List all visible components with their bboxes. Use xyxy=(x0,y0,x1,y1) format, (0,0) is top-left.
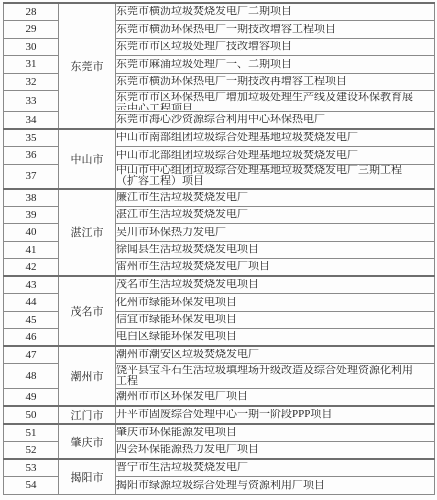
project-name-cell: 四会环保能源热力发电厂项目 xyxy=(116,442,435,460)
project-name-text: 东莞市海心沙资源综合利用中心环保热电厂 xyxy=(116,114,434,126)
row-number-cell: 53 xyxy=(4,459,59,477)
row-number-cell: 34 xyxy=(4,112,59,130)
row-number-cell: 54 xyxy=(4,477,59,495)
row-number-cell: 29 xyxy=(4,21,59,39)
project-name-text: 普宁市生活垃圾焚烧发电厂 xyxy=(116,462,434,474)
project-name-cell: 吴川市环保热力发电厂 xyxy=(116,224,435,242)
project-table-body: 28东莞市东莞市横沥垃圾焚烧发电厂二期项目29东莞市横沥环保热电厂一期技改增容工… xyxy=(4,3,435,494)
row-number-cell: 28 xyxy=(4,3,59,21)
row-number-cell: 45 xyxy=(4,311,59,329)
project-name-cell: 潮州市市区环保发电厂项目 xyxy=(116,389,435,407)
row-number-cell: 33 xyxy=(4,91,59,112)
row-number-cell: 52 xyxy=(4,442,59,460)
row-number-cell: 48 xyxy=(4,364,59,389)
project-name-cell: 中山市北部组团垃圾综合处理基地垃圾焚烧发电厂 xyxy=(116,147,435,165)
row-number-cell: 49 xyxy=(4,389,59,407)
project-name-cell: 雷州市生活垃圾焚烧发电厂项目 xyxy=(116,259,435,277)
project-name-text: 东莞市市区垃圾处理厂技改增容项目 xyxy=(116,41,434,53)
table-row: 35中山市中山市南部组团垃圾综合处理基地垃圾焚烧发电厂 xyxy=(4,129,435,147)
row-number-cell: 38 xyxy=(4,189,59,207)
project-name-text: 中山市北部组团垃圾综合处理基地垃圾焚烧发电厂 xyxy=(116,150,434,162)
project-name-cell: 东莞市市区环保热电厂增加垃圾处理生产线及建设环保教育展 示中心工程项目 xyxy=(116,91,435,112)
project-name-cell: 中山市中心组团垃圾综合处理基地垃圾焚烧发电厂三期工程 （扩容工程）项目 xyxy=(116,164,435,189)
project-name-cell: 中山市南部组团垃圾综合处理基地垃圾焚烧发电厂 xyxy=(116,129,435,147)
row-number-cell: 32 xyxy=(4,73,59,91)
row-number-cell: 47 xyxy=(4,346,59,364)
city-cell: 潮州市 xyxy=(59,346,116,406)
project-name-text: 茂名市生活垃圾焚烧发电项目 xyxy=(116,279,434,291)
project-name-text: 东莞市横沥环保热电厂一期技改再增容工程项目 xyxy=(116,76,434,88)
project-name-cell: 东莞市市区垃圾处理厂技改增容项目 xyxy=(116,38,435,56)
project-name-cell: 湛江市生活垃圾焚烧发电厂 xyxy=(116,206,435,224)
project-name-text: 东莞市麻涌垃圾处理厂一、二期项目 xyxy=(116,59,434,71)
project-name-text: 肇庆市环保能源发电项目 xyxy=(116,427,434,439)
project-name-cell: 东莞市横沥环保热电厂一期技改增容工程项目 xyxy=(116,21,435,39)
project-name-cell: 开平市固废综合处理中心一期一阶段PPP项目 xyxy=(116,406,435,424)
row-number-cell: 37 xyxy=(4,164,59,189)
document-page: 28东莞市东莞市横沥垃圾焚烧发电厂二期项目29东莞市横沥环保热电厂一期技改增容工… xyxy=(0,0,437,500)
table-row: 47潮州市潮州市潮安区垃圾焚烧发电厂 xyxy=(4,346,435,364)
row-number-cell: 43 xyxy=(4,276,59,294)
project-name-text: 湛江市生活垃圾焚烧发电厂 xyxy=(116,209,434,221)
project-name-text: 东莞市横沥环保热电厂一期技改增容工程项目 xyxy=(116,24,434,36)
project-name-text: 中山市中心组团垃圾综合处理基地垃圾焚烧发电厂三期工程 （扩容工程）项目 xyxy=(116,165,434,188)
project-name-cell: 徐闻县生活垃圾焚烧发电项目 xyxy=(116,241,435,259)
row-number-cell: 50 xyxy=(4,406,59,424)
project-name-cell: 饶平县宝斗石生活垃圾填埋场升级改造及综合处理资源化利用 工程 xyxy=(116,364,435,389)
project-name-text: 徐闻县生活垃圾焚烧发电项目 xyxy=(116,244,434,256)
project-name-text: 开平市固废综合处理中心一期一阶段PPP项目 xyxy=(116,409,434,421)
city-cell: 中山市 xyxy=(59,129,116,189)
project-name-text: 揭阳市绿源垃圾综合处理与资源利用厂项目 xyxy=(116,480,434,492)
project-name-text: 中山市南部组团垃圾综合处理基地垃圾焚烧发电厂 xyxy=(116,132,434,144)
table-row: 38湛江市廉江市生活垃圾焚烧发电厂 xyxy=(4,189,435,207)
project-name-cell: 化州市绿能环保发电项目 xyxy=(116,294,435,312)
city-cell: 肇庆市 xyxy=(59,424,116,459)
project-name-cell: 廉江市生活垃圾焚烧发电厂 xyxy=(116,189,435,207)
row-number-cell: 44 xyxy=(4,294,59,312)
table-row: 51肇庆市肇庆市环保能源发电项目 xyxy=(4,424,435,442)
project-name-text: 潮州市市区环保发电厂项目 xyxy=(116,391,434,403)
project-name-cell: 茂名市生活垃圾焚烧发电项目 xyxy=(116,276,435,294)
table-row: 53揭阳市普宁市生活垃圾焚烧发电厂 xyxy=(4,459,435,477)
project-name-cell: 东莞市横沥垃圾焚烧发电厂二期项目 xyxy=(116,3,435,21)
project-name-cell: 肇庆市环保能源发电项目 xyxy=(116,424,435,442)
project-name-cell: 电白区绿能环保发电项目 xyxy=(116,329,435,347)
project-table: 28东莞市东莞市横沥垃圾焚烧发电厂二期项目29东莞市横沥环保热电厂一期技改增容工… xyxy=(3,2,435,495)
city-cell: 东莞市 xyxy=(59,3,116,129)
city-cell: 江门市 xyxy=(59,406,116,424)
project-name-cell: 揭阳市绿源垃圾综合处理与资源利用厂项目 xyxy=(116,477,435,495)
project-name-text: 化州市绿能环保发电项目 xyxy=(116,297,434,309)
city-cell: 揭阳市 xyxy=(59,459,116,494)
project-name-cell: 潮州市潮安区垃圾焚烧发电厂 xyxy=(116,346,435,364)
project-name-cell: 东莞市横沥环保热电厂一期技改再增容工程项目 xyxy=(116,73,435,91)
row-number-cell: 40 xyxy=(4,224,59,242)
row-number-cell: 42 xyxy=(4,259,59,277)
project-name-text: 廉江市生活垃圾焚烧发电厂 xyxy=(116,192,434,204)
row-number-cell: 41 xyxy=(4,241,59,259)
row-number-cell: 39 xyxy=(4,206,59,224)
project-name-text: 电白区绿能环保发电项目 xyxy=(116,331,434,343)
row-number-cell: 36 xyxy=(4,147,59,165)
row-number-cell: 31 xyxy=(4,56,59,74)
project-name-text: 东莞市市区环保热电厂增加垃圾处理生产线及建设环保教育展 示中心工程项目 xyxy=(116,92,434,110)
row-number-cell: 46 xyxy=(4,329,59,347)
project-name-text: 东莞市横沥垃圾焚烧发电厂二期项目 xyxy=(116,6,434,18)
project-name-text: 雷州市生活垃圾焚烧发电厂项目 xyxy=(116,261,434,273)
row-number-cell: 35 xyxy=(4,129,59,147)
project-name-cell: 东莞市麻涌垃圾处理厂一、二期项目 xyxy=(116,56,435,74)
row-number-cell: 30 xyxy=(4,38,59,56)
project-name-text: 信宜市绿能环保发电项目 xyxy=(116,314,434,326)
project-name-cell: 东莞市海心沙资源综合利用中心环保热电厂 xyxy=(116,112,435,130)
table-row: 28东莞市东莞市横沥垃圾焚烧发电厂二期项目 xyxy=(4,3,435,21)
project-name-cell: 信宜市绿能环保发电项目 xyxy=(116,311,435,329)
project-name-text: 四会环保能源热力发电厂项目 xyxy=(116,444,434,456)
city-cell: 茂名市 xyxy=(59,276,116,346)
project-name-cell: 普宁市生活垃圾焚烧发电厂 xyxy=(116,459,435,477)
project-name-text: 饶平县宝斗石生活垃圾填埋场升级改造及综合处理资源化利用 工程 xyxy=(116,365,434,388)
project-name-text: 潮州市潮安区垃圾焚烧发电厂 xyxy=(116,349,434,361)
table-row: 43茂名市茂名市生活垃圾焚烧发电项目 xyxy=(4,276,435,294)
table-row: 50江门市开平市固废综合处理中心一期一阶段PPP项目 xyxy=(4,406,435,424)
city-cell: 湛江市 xyxy=(59,189,116,277)
project-name-text: 吴川市环保热力发电厂 xyxy=(116,227,434,239)
row-number-cell: 51 xyxy=(4,424,59,442)
